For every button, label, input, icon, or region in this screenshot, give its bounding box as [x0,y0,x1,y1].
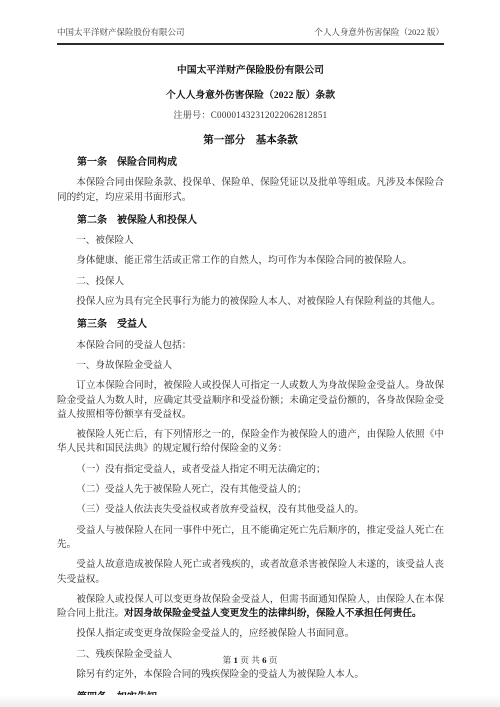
text-run: 本保险合同的受益人包括： [76,340,191,351]
running-header-product: 个人人身意外伤害保险（2022 版） [314,26,444,38]
paragraph: 受益人与被保险人在同一事件中死亡，且不能确定死亡先后顺序的，推定受益人死亡在先。 [57,524,444,553]
page-bottom-shadow [0,695,500,707]
paragraph: 身体健康、能正常生活或正常工作的自然人，均可作为本保险合同的被保险人。 [57,254,444,268]
list-item: （二）受益人先于被保险人死亡，没有其他受益人的； [57,483,444,497]
text-run: 一、身故保险金受益人 [76,360,172,371]
list-item: （三）受益人依法丧失受益权或者放弃受益权，没有其他受益人的。 [57,503,444,517]
document-body: 第一条 保险合同构成本保险合同由保险条款、投保单、保险单、保险凭证以及批单等组成… [57,156,444,706]
text-run: （一）没有指定受益人，或者受益人指定不明无法确定的； [76,464,325,475]
registration-number: 注册号：C00001432312022062812851 [57,108,444,121]
text-run: 第二条 被保险人和投保人 [77,215,197,226]
paragraph: 订立本保险合同时，被保险人或投保人可指定一人或数人为身故保险金受益人。身故保险金… [57,379,444,422]
running-header-company: 中国太平洋财产保险股份有限公司 [57,26,185,38]
list-heading: 一、身故保险金受益人 [57,359,444,373]
paragraph: 除另有约定外，本保险合同的残疾保险金的受益人为被保险人本人。 [57,668,444,682]
registration-label: 注册号： [174,110,211,120]
text-run: 投保人指定或变更身故保险金受益人的，应经被保险人书面同意。 [76,628,354,639]
paragraph: 被保险人或投保人可以变更身故保险金受益人，但需书面通知保险人，由保险人在本保险合… [57,593,444,622]
text-run: （三）受益人依法丧失受益权或者放弃受益权，没有其他受益人的。 [76,504,364,515]
list-heading: 一、被保险人 [57,234,444,248]
text-run: 订立本保险合同时，被保险人或投保人可指定一人或数人为身故保险金受益人。身故保险金… [57,380,444,420]
text-run: 被保险人死亡后，有下列情形之一的，保险金作为被保险人的遗产，由保险人依照《中华人… [57,429,444,454]
paragraph: 本保险合同的受益人包括： [57,339,444,353]
article-heading: 第三条 受益人 [57,318,444,332]
text-run: 除另有约定外，本保险合同的残疾保险金的受益人为被保险人本人。 [76,669,364,680]
article-heading: 第二条 被保险人和投保人 [57,214,444,228]
text-run: 身体健康、能正常生活或正常工作的自然人，均可作为本保险合同的被保险人。 [76,255,412,266]
text-run: 页 [267,655,278,665]
text-run: 第三条 受益人 [77,319,147,330]
text-run: 本保险合同由保险条款、投保单、保险单、保险凭证以及批单等组成。凡涉及本保险合同的… [57,177,444,202]
text-run: 一、被保险人 [76,235,134,246]
text-run: 投保人应为具有完全民事行为能力的被保险人本人、对被保险人有保险利益的其他人。 [76,296,441,307]
document-title: 中国太平洋财产保险股份有限公司 [57,62,444,76]
text-run: 受益人故意造成被保险人死亡或者残疾的，或者故意杀害被保险人未遂的，该受益人丧失受… [57,559,444,584]
text-run: 第 [222,655,233,665]
part-heading: 第一部分 基本条款 [57,132,444,147]
paragraph: 受益人故意造成被保险人死亡或者残疾的，或者故意杀害被保险人未遂的，该受益人丧失受… [57,558,444,587]
text-run: 二、投保人 [76,276,124,287]
list-heading: 二、投保人 [57,275,444,289]
paragraph: 被保险人死亡后，有下列情形之一的，保险金作为被保险人的遗产，由保险人依照《中华人… [57,428,444,457]
paragraph: 投保人指定或变更身故保险金受益人的，应经被保险人书面同意。 [57,627,444,641]
paragraph: 本保险合同由保险条款、投保单、保险单、保险凭证以及批单等组成。凡涉及本保险合同的… [57,176,444,205]
text-run: 受益人与被保险人在同一事件中死亡，且不能确定死亡先后顺序的，推定受益人死亡在先。 [57,525,444,550]
paragraph: 投保人应为具有完全民事行为能力的被保险人本人、对被保险人有保险利益的其他人。 [57,295,444,309]
list-item: （一）没有指定受益人，或者受益人指定不明无法确定的； [57,463,444,477]
text-run: 对因身故保险金受益人变更发生的法律纠纷，保险人不承担任何责任。 [124,608,421,619]
running-header: 中国太平洋财产保险股份有限公司 个人人身意外伤害保险（2022 版） [57,26,444,45]
page-footer: 第 1 页 共 6 页 [0,653,500,666]
text-run: 页 共 [238,655,262,665]
article-heading: 第一条 保险合同构成 [57,156,444,170]
text-run: （二）受益人先于被保险人死亡，没有其他受益人的； [76,484,306,495]
text-run: 第一条 保险合同构成 [77,157,177,168]
document-subtitle: 个人人身意外伤害保险（2022 版）条款 [57,87,444,101]
document-page: 中国太平洋财产保险股份有限公司 个人人身意外伤害保险（2022 版） 中国太平洋… [0,0,500,706]
registration-value: C00001432312022062812851 [211,110,328,120]
